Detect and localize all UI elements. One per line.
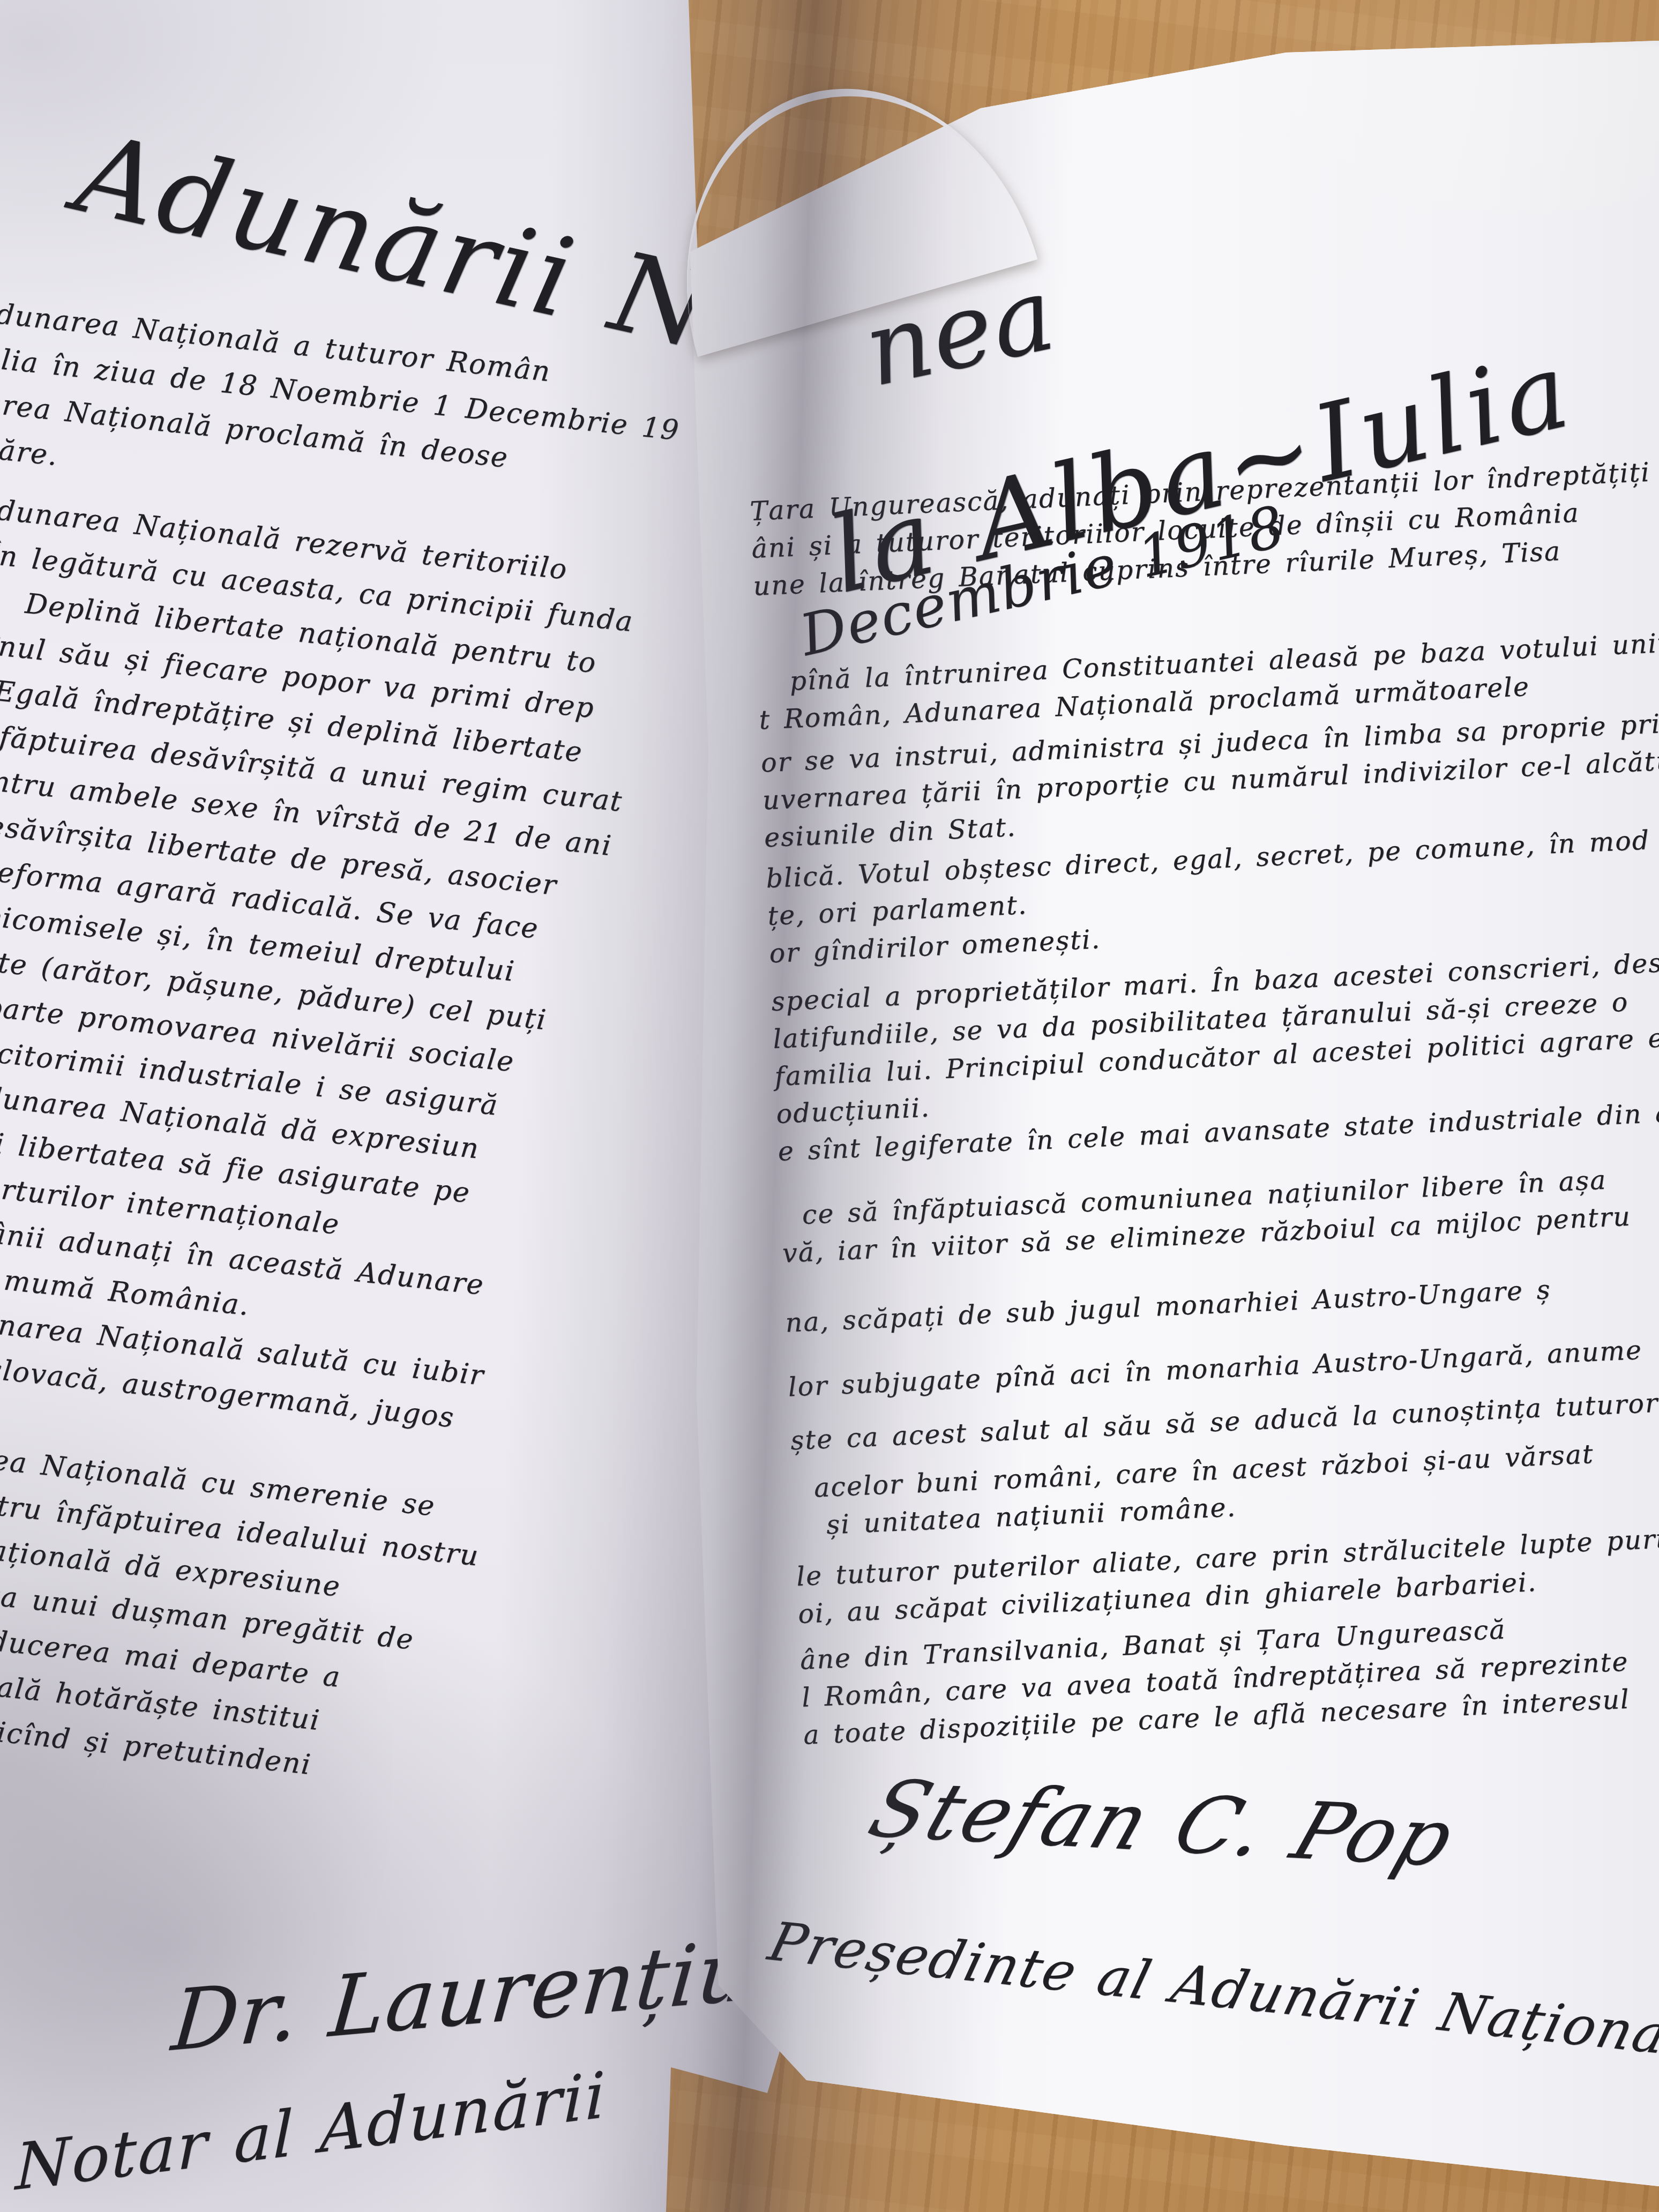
handwriting-line: na, scăpați de sub jugul monarhiei Austr… [784,1261,1659,1342]
photo-open-book: Adunării N Adunarea Națională a tuturor … [0,0,1659,2212]
president-role-caption: Președinte al Adunării Naționale. [763,1910,1659,2073]
notary-role-caption: Notar al Adunării [15,2058,608,2205]
president-signature: Ștefan C. Pop [858,1763,1467,1884]
right-page-text-block: Țara Ungurească, adunați prin reprezenta… [749,450,1659,1754]
